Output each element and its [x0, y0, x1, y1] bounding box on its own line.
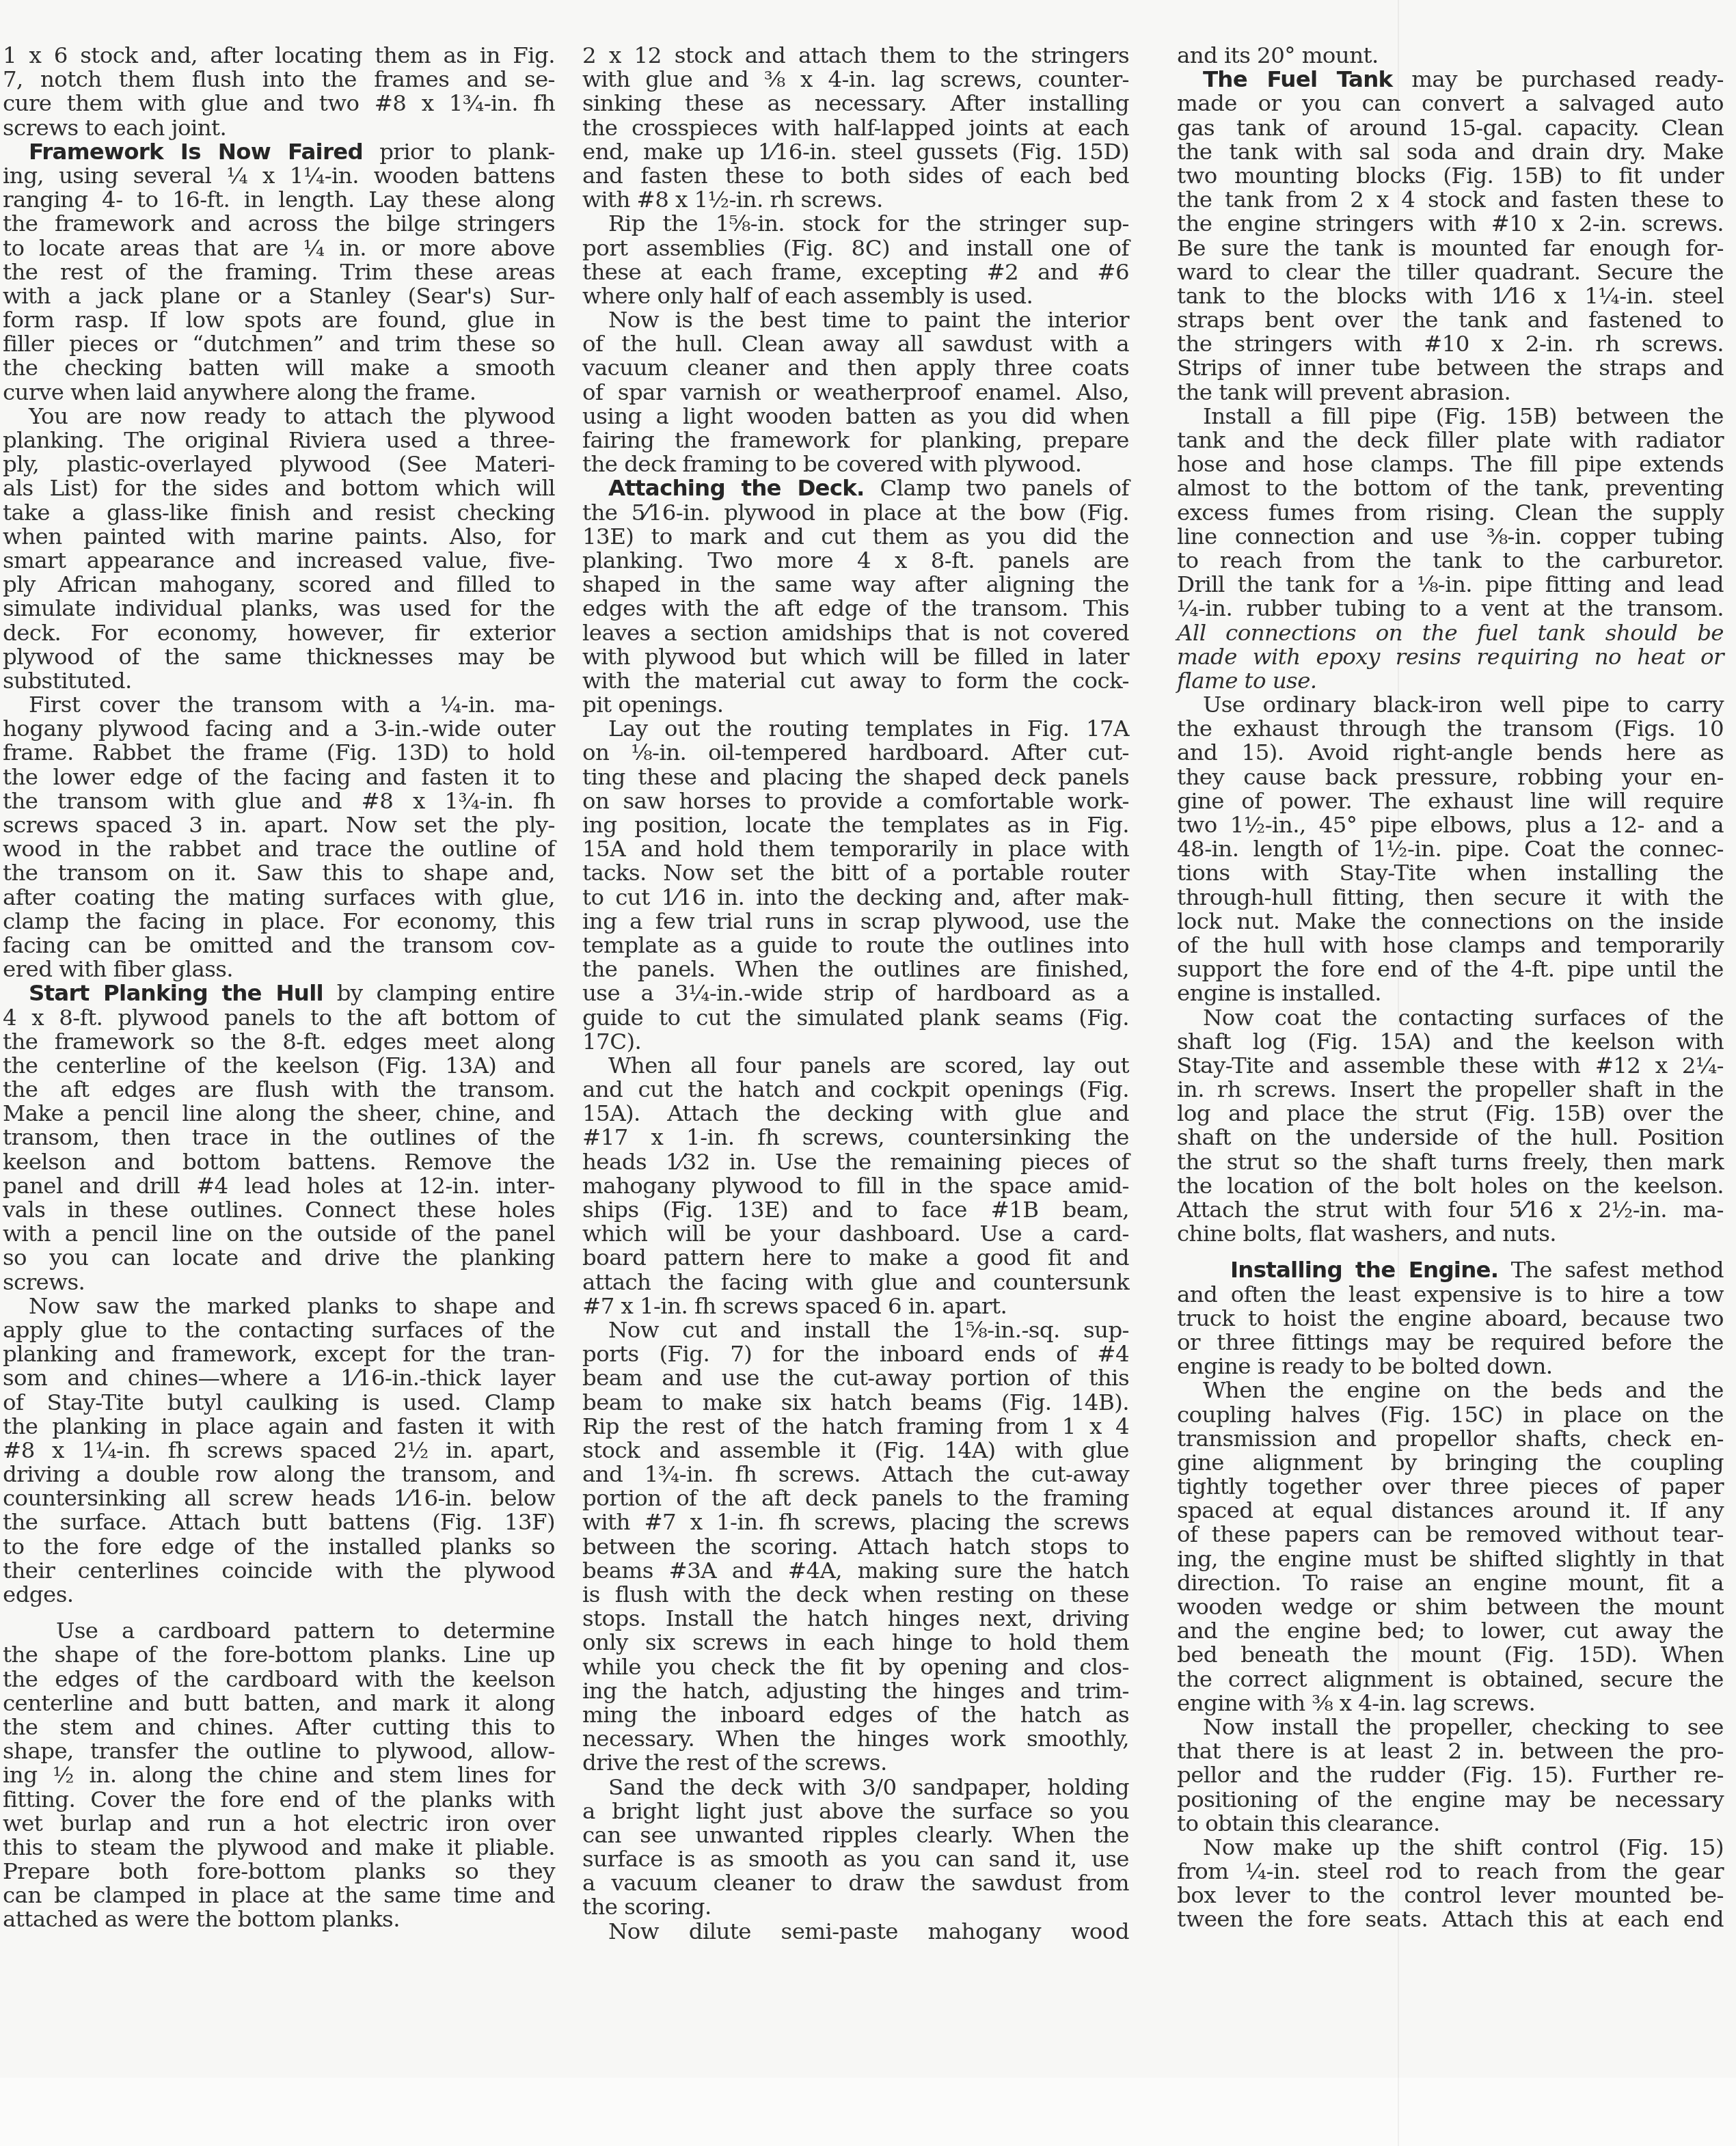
line-text: can see unwanted ripples clearly. When t…: [582, 1822, 1129, 1848]
body-text-line: form rasp. If low spots are found, glue …: [3, 308, 555, 332]
line-text: guide to cut the simulated plank seams (…: [582, 1005, 1129, 1031]
line-text: sinking these as necessary. After instal…: [582, 90, 1129, 116]
line-text: this to steam the plywood and make it pl…: [3, 1834, 555, 1860]
line-text: Sand the deck with 3/0 sandpaper, holdin…: [608, 1774, 1129, 1800]
section-heading: Framework Is Now Faired: [29, 139, 363, 165]
body-text-line: the tank from 2 x 4 stock and fasten the…: [1177, 188, 1724, 212]
body-text-line: ing the hatch, adjusting the hinges and …: [582, 1679, 1129, 1703]
body-text-line: these at each frame, excepting #2 and #6: [582, 260, 1129, 284]
body-text-line: 4 x 8-ft. plywood panels to the aft bott…: [3, 1006, 555, 1030]
body-text-line: the surface. Attach butt battens (Fig. 1…: [3, 1510, 555, 1534]
body-text-line: two mounting blocks (Fig. 15B) to fit un…: [1177, 164, 1724, 188]
line-text: panel and drill #4 lead holes at 12-in. …: [3, 1173, 555, 1199]
body-text-line: ships (Fig. 13E) and to face #1B beam,: [582, 1198, 1129, 1222]
line-text: 1 x 6 stock and, after locating them as …: [3, 42, 555, 68]
line-text: facing can be omitted and the transom co…: [3, 932, 555, 958]
line-text: beams #3A and #4A, making sure the hatch: [582, 1558, 1129, 1584]
body-text-line: fairing the framework for planking, prep…: [582, 429, 1129, 452]
line-text: with #8 x 1½-in. rh screws.: [582, 187, 883, 213]
line-text: truck to hoist the engine aboard, becaus…: [1177, 1305, 1724, 1331]
line-text: the panels. When the outlines are finish…: [582, 956, 1129, 982]
body-text-line: tween the fore seats. Attach this at eac…: [1177, 1907, 1724, 1931]
body-text-line: positioning of the engine may be necessa…: [1177, 1788, 1724, 1812]
line-text: driving a double row along the transom, …: [3, 1461, 555, 1487]
body-text-line: the framework and across the bilge strin…: [3, 212, 555, 236]
line-text: port assemblies (Fig. 8C) and install on…: [582, 235, 1129, 261]
body-text-line: with a pencil line on the outside of the…: [3, 1222, 555, 1246]
body-text-line: keelson and bottom battens. Remove the: [3, 1150, 555, 1174]
body-text-line: the edges of the cardboard with the keel…: [3, 1668, 555, 1692]
line-text: apply glue to the contacting surfaces of…: [3, 1317, 555, 1343]
line-text: ports (Fig. 7) for the inboard ends of #…: [582, 1341, 1129, 1367]
body-text-line: #7 x 1-in. fh screws spaced 6 in. apart.: [582, 1294, 1129, 1318]
body-text-line: screws.: [3, 1271, 555, 1294]
line-text: the tank will prevent abrasion.: [1177, 379, 1510, 405]
body-text-line: edges.: [3, 1583, 555, 1607]
scan-bottom-margin: [0, 2078, 1736, 2146]
body-text-line: shaft log (Fig. 15A) and the keelson wit…: [1177, 1030, 1724, 1054]
section-heading: Start Planking the Hull: [29, 980, 323, 1006]
line-text: 7, notch them flush into the frames and …: [3, 66, 555, 92]
body-text-line: excess fumes from rising. Clean the supp…: [1177, 501, 1724, 525]
body-text-line: and cut the hatch and cockpit openings (…: [582, 1078, 1129, 1102]
body-text-line: Now install the propeller, checking to s…: [1177, 1715, 1724, 1739]
line-text: the centerline of the keelson (Fig. 13A)…: [3, 1052, 555, 1078]
line-text: screws spaced 3 in. apart. Now set the p…: [3, 812, 555, 838]
body-text-line: facing can be omitted and the transom co…: [3, 934, 555, 957]
line-text: the checking batten will make a smooth: [3, 355, 555, 381]
line-text: ing, using several ¼ x 1¼-in. wooden bat…: [3, 163, 555, 189]
line-text: edges with the aft edge of the transom. …: [582, 595, 1129, 621]
body-text-line: shaft on the underside of the hull. Posi…: [1177, 1126, 1724, 1150]
body-text-line: Now is the best time to paint the interi…: [582, 308, 1129, 332]
body-text-line: 15A). Attach the decking with glue and: [582, 1102, 1129, 1126]
line-text: tightly together over three pieces of pa…: [1177, 1473, 1724, 1499]
line-text: the surface. Attach butt battens (Fig. 1…: [3, 1509, 555, 1535]
line-text: Rip the 1⅝-in. stock for the stringer su…: [608, 210, 1129, 236]
body-text-line: drive the rest of the screws.: [582, 1751, 1129, 1775]
line-text: tank to the blocks with 1⁄16 x 1¼-in. st…: [1177, 283, 1724, 309]
line-text: can be clamped in place at the same time…: [3, 1882, 555, 1908]
body-text-line: #8 x 1¼-in. fh screws spaced 2½ in. apar…: [3, 1439, 555, 1463]
line-text: after coating the mating surfaces with g…: [3, 884, 555, 910]
line-text: with glue and ⅜ x 4-in. lag screws, coun…: [582, 66, 1129, 92]
body-text-line: the stringers with #10 x 2-in. rh screws…: [1177, 332, 1724, 356]
line-text: Now is the best time to paint the interi…: [608, 307, 1129, 333]
line-text: box lever to the control lever mounted b…: [1177, 1882, 1724, 1908]
body-text-line: attached as were the bottom planks.: [3, 1907, 555, 1931]
line-text: keelson and bottom battens. Remove the: [3, 1149, 555, 1175]
line-text: filler pieces or “dutchmen” and trim the…: [3, 331, 555, 357]
body-text-line: using a light wooden batten as you did w…: [582, 405, 1129, 429]
line-text: gas tank of around 15-gal. capacity. Cle…: [1177, 115, 1724, 141]
body-text-line: only six screws in each hinge to hold th…: [582, 1631, 1129, 1655]
body-text-line: and fasten these to both sides of each b…: [582, 164, 1129, 188]
line-text: Rip the rest of the hatch framing from 1…: [582, 1413, 1129, 1439]
line-text: and cut the hatch and cockpit openings (…: [582, 1076, 1129, 1102]
line-text: Now dilute semi-paste mahogany wood: [608, 1918, 1129, 1944]
body-text-line: centerline and butt batten, and mark it …: [3, 1692, 555, 1715]
line-text: the tank with sal soda and drain dry. Ma…: [1177, 139, 1724, 165]
line-text: curve when laid anywhere along the frame…: [3, 379, 476, 405]
body-text-line: hogany plywood facing and a 3-in.-wide o…: [3, 717, 555, 741]
body-text-line: When the engine on the beds and the: [1177, 1378, 1724, 1402]
line-text: Prepare both fore-bottom planks so they: [3, 1858, 555, 1884]
body-text-line: so you can locate and drive the planking: [3, 1246, 555, 1270]
body-text-line: the tank will prevent abrasion.: [1177, 381, 1724, 405]
body-text-line: Now saw the marked planks to shape and: [3, 1294, 555, 1318]
line-text: substituted.: [3, 668, 132, 694]
body-text-line: beams #3A and #4A, making sure the hatch: [582, 1559, 1129, 1583]
body-text-line: ered with fiber glass.: [3, 957, 555, 981]
body-text-line: two 1½-in., 45° pipe elbows, plus a 12- …: [1177, 813, 1724, 837]
body-text-line: the planking in place again and fasten i…: [3, 1415, 555, 1439]
line-text: so you can locate and drive the planking: [3, 1245, 555, 1271]
body-text-line: frame. Rabbet the frame (Fig. 13D) to ho…: [3, 741, 555, 765]
line-text: to obtain this clearance.: [1177, 1810, 1440, 1836]
line-text: lock nut. Make the connections on the in…: [1177, 908, 1724, 934]
body-text-line: Now dilute semi-paste mahogany wood: [582, 1920, 1129, 1944]
body-text-line: the checking batten will make a smooth: [3, 356, 555, 380]
line-text: ming the inboard edges of the hatch as: [582, 1702, 1129, 1728]
line-text: and fasten these to both sides of each b…: [582, 163, 1129, 189]
body-text-line: almost to the bottom of the tank, preven…: [1177, 476, 1724, 500]
body-text-line: the lower edge of the facing and fasten …: [3, 765, 555, 789]
line-text: planking and framework, except for the t…: [3, 1341, 555, 1367]
body-text-line: the engine stringers with #10 x 2-in. sc…: [1177, 212, 1724, 236]
body-text-line: with #7 x 1-in. fh screws, placing the s…: [582, 1510, 1129, 1534]
body-text-line: and often the least expensive is to hire…: [1177, 1283, 1724, 1307]
line-text: ing the hatch, adjusting the hinges and …: [582, 1678, 1129, 1704]
line-text: of the hull. Clean away all sawdust with…: [582, 331, 1129, 357]
line-text: 2 x 12 stock and attach them to the stri…: [582, 42, 1129, 68]
line-text: with plywood but which will be filled in…: [582, 644, 1129, 670]
body-text-line: beam to make six hatch beams (Fig. 14B).: [582, 1391, 1129, 1415]
line-text: Use ordinary black-iron well pipe to car…: [1203, 692, 1724, 718]
body-text-line: the panels. When the outlines are finish…: [582, 957, 1129, 981]
body-text-line: when painted with marine paints. Also, f…: [3, 525, 555, 549]
body-text-line: Now make up the shift control (Fig. 15): [1177, 1836, 1724, 1860]
line-text: vacuum cleaner and then apply three coat…: [582, 355, 1129, 381]
body-text-line: tightly together over three pieces of pa…: [1177, 1475, 1724, 1499]
body-text-line: with #8 x 1½-in. rh screws.: [582, 188, 1129, 212]
line-text: screws to each joint.: [3, 115, 226, 141]
body-text-line: the 5⁄16-in. plywood in place at the bow…: [582, 501, 1129, 525]
body-text-line: or three fittings may be required before…: [1177, 1331, 1724, 1355]
body-text-line: of spar varnish or weatherproof enamel. …: [582, 381, 1129, 405]
line-text: 4 x 8-ft. plywood panels to the aft bott…: [3, 1005, 555, 1031]
line-text: First cover the transom with a ¼-in. ma-: [29, 692, 555, 718]
body-text-line: Sand the deck with 3/0 sandpaper, holdin…: [582, 1776, 1129, 1799]
line-text: hogany plywood facing and a 3-in.-wide o…: [3, 716, 555, 742]
body-text-line: ing, the engine must be shifted slightly…: [1177, 1547, 1724, 1571]
body-text-line: wooden wedge or shim between the mount: [1177, 1595, 1724, 1619]
line-text: the exhaust through the transom (Figs. 1…: [1177, 716, 1724, 742]
body-text-line: wood in the rabbet and trace the outline…: [3, 837, 555, 861]
line-text: made or you can convert a salvaged auto: [1177, 90, 1724, 116]
line-text: #17 x 1-in. fh screws, countersinking th…: [582, 1124, 1129, 1150]
body-text-line: ing ½ in. along the chine and stem lines…: [3, 1763, 555, 1787]
body-text-line: tacks. Now set the bitt of a portable ro…: [582, 861, 1129, 885]
body-text-line: with the material cut away to form the c…: [582, 669, 1129, 693]
line-text: The safest method: [1498, 1257, 1724, 1283]
line-text: frame. Rabbet the frame (Fig. 13D) to ho…: [3, 739, 555, 765]
body-text-line: portion of the aft deck panels to the fr…: [582, 1486, 1129, 1510]
body-text-line: shaped in the same way after aligning th…: [582, 573, 1129, 597]
body-text-line: mahogany plywood to fill in the space am…: [582, 1174, 1129, 1198]
body-text-line: planking and framework, except for the t…: [3, 1342, 555, 1366]
body-text-line: chine bolts, flat washers, and nuts.: [1177, 1222, 1724, 1246]
body-text-line: screws to each joint.: [3, 116, 555, 140]
line-text: with a jack plane or a Stanley (Sear's) …: [3, 283, 555, 309]
line-text: edges.: [3, 1581, 74, 1607]
body-text-line: tank to the blocks with 1⁄16 x 1¼-in. st…: [1177, 284, 1724, 308]
body-text-line: 1 x 6 stock and, after locating them as …: [3, 44, 555, 68]
body-text-line: ing a few trial runs in scrap plywood, u…: [582, 910, 1129, 934]
line-text: to the fore edge of the installed planks…: [3, 1534, 555, 1560]
line-text: attached as were the bottom planks.: [3, 1906, 400, 1932]
body-text-line: ¼-in. rubber tubing to a vent at the tra…: [1177, 597, 1724, 621]
body-text-line: lock nut. Make the connections on the in…: [1177, 910, 1724, 934]
body-text-line: to locate areas that are ¼ in. or more a…: [3, 236, 555, 260]
line-text: surface is as smooth as you can sand it,…: [582, 1846, 1129, 1872]
line-text: two mounting blocks (Fig. 15B) to fit un…: [1177, 163, 1724, 189]
line-text: planking. Two more 4 x 8-ft. panels are: [582, 547, 1129, 573]
body-text-line: shape, transfer the outline to plywood, …: [3, 1739, 555, 1763]
line-text: shaft on the underside of the hull. Posi…: [1177, 1124, 1724, 1150]
line-text: beam and use the cut-away portion of thi…: [582, 1365, 1129, 1391]
body-text-line: the framework so the 8-ft. edges meet al…: [3, 1030, 555, 1054]
body-text-line: pellor and the rudder (Fig. 15). Further…: [1177, 1763, 1724, 1787]
body-text-line: 48-in. length of 1½-in. pipe. Coat the c…: [1177, 837, 1724, 861]
body-text-line: is flush with the deck when resting on t…: [582, 1583, 1129, 1607]
body-text-line: Rip the 1⅝-in. stock for the stringer su…: [582, 212, 1129, 236]
body-text-line: 15A and hold them temporarily in place w…: [582, 837, 1129, 861]
line-text: shape, transfer the outline to plywood, …: [3, 1738, 555, 1764]
line-text: leaves a section amidships that is not c…: [582, 620, 1129, 646]
scanned-article-page: 1 x 6 stock and, after locating them as …: [0, 0, 1736, 2146]
line-text: tween the fore seats. Attach this at eac…: [1177, 1906, 1724, 1932]
line-text: deck. For economy, however, fir exterior: [3, 620, 555, 646]
body-text-line: of Stay-Tite butyl caulking is used. Cla…: [3, 1391, 555, 1415]
body-text-line: curve when laid anywhere along the frame…: [3, 381, 555, 405]
body-text-line: panel and drill #4 lead holes at 12-in. …: [3, 1174, 555, 1198]
line-text: ing position, locate the templates as in…: [582, 812, 1129, 838]
line-text: flame to use.: [1177, 668, 1317, 694]
line-text: hose and hose clamps. The fill pipe exte…: [1177, 451, 1724, 477]
line-text: the planking in place again and fasten i…: [3, 1413, 555, 1439]
line-text: tacks. Now set the bitt of a portable ro…: [582, 860, 1129, 886]
line-text: centerline and butt batten, and mark it …: [3, 1690, 555, 1716]
body-text-line: after coating the mating surfaces with g…: [3, 886, 555, 910]
line-text: stops. Install the hatch hinges next, dr…: [582, 1605, 1129, 1631]
line-text: and often the least expensive is to hire…: [1177, 1281, 1724, 1307]
line-text: with a pencil line on the outside of the…: [3, 1221, 555, 1247]
line-text: template as a guide to route the outline…: [582, 932, 1129, 958]
body-text-line: countersinking all screw heads 1⁄16-in. …: [3, 1486, 555, 1510]
body-text-line: leaves a section amidships that is not c…: [582, 621, 1129, 645]
line-text: ing, the engine must be shifted slightly…: [1177, 1546, 1724, 1572]
line-text: ships (Fig. 13E) and to face #1B beam,: [582, 1197, 1129, 1223]
body-text-line: ing position, locate the templates as in…: [582, 813, 1129, 837]
line-text: portion of the aft deck panels to the fr…: [582, 1485, 1129, 1511]
line-text: only six screws in each hinge to hold th…: [582, 1629, 1129, 1655]
body-text-line: while you check the fit by opening and c…: [582, 1655, 1129, 1679]
body-text-line: the stem and chines. After cutting this …: [3, 1715, 555, 1739]
line-text: the transom on it. Saw this to shape and…: [3, 860, 555, 886]
line-text: All connections on the fuel tank should …: [1177, 620, 1724, 646]
line-text: support the fore end of the 4-ft. pipe u…: [1177, 956, 1724, 982]
line-text: on ⅛-in. oil-tempered hardboard. After c…: [582, 739, 1129, 765]
body-text-line: planking. Two more 4 x 8-ft. panels are: [582, 549, 1129, 573]
line-text: tions with Stay-Tite when installing the: [1177, 860, 1724, 886]
line-text: the crosspieces with half-lapped joints …: [582, 115, 1129, 141]
body-text-line: Use ordinary black-iron well pipe to car…: [1177, 693, 1724, 717]
line-text: necessary. When the hinges work smoothly…: [582, 1726, 1129, 1752]
line-text: wooden wedge or shim between the mount: [1177, 1594, 1724, 1620]
line-text: Stay-Tite and assemble these with #12 x …: [1177, 1052, 1724, 1078]
body-text-line: the aft edges are flush with the transom…: [3, 1078, 555, 1102]
line-text: ered with fiber glass.: [3, 956, 233, 982]
line-text: Drill the tank for a ⅛-in. pipe fitting …: [1177, 571, 1724, 597]
line-text: with #7 x 1-in. fh screws, placing the s…: [582, 1509, 1129, 1535]
body-text-line: Attach the strut with four 5⁄16 x 2½-in.…: [1177, 1198, 1724, 1222]
line-text: pit openings.: [582, 692, 723, 718]
body-text-line: in. rh screws. Insert the propeller shaf…: [1177, 1078, 1724, 1102]
body-text-line: Drill the tank for a ⅛-in. pipe fitting …: [1177, 573, 1724, 597]
body-text-line: to reach from the tank to the carburetor…: [1177, 549, 1724, 573]
section-heading-line: Attaching the Deck. Clamp two panels of: [582, 476, 1129, 500]
section-heading-line: The Fuel Tank may be purchased ready-: [1177, 68, 1724, 92]
line-text: in. rh screws. Insert the propeller shaf…: [1177, 1076, 1724, 1102]
body-text-line: fitting. Cover the fore end of the plank…: [3, 1788, 555, 1812]
body-text-line: hose and hose clamps. The fill pipe exte…: [1177, 452, 1724, 476]
body-text-line: made or you can convert a salvaged auto: [1177, 92, 1724, 116]
line-text: to locate areas that are ¼ in. or more a…: [3, 235, 555, 261]
line-text: the deck framing to be covered with plyw…: [582, 451, 1081, 477]
body-text-line: simulate individual planks, was used for…: [3, 597, 555, 621]
body-text-line: Make a pencil line along the sheer, chin…: [3, 1102, 555, 1126]
body-text-line: screws spaced 3 in. apart. Now set the p…: [3, 813, 555, 837]
body-text-line: ranging 4- to 16-ft. in length. Lay thes…: [3, 188, 555, 212]
body-text-line: gine alignment by bringing the coupling: [1177, 1451, 1724, 1475]
line-text: 15A and hold them temporarily in place w…: [582, 836, 1129, 862]
body-text-line: the location of the bolt holes on the ke…: [1177, 1174, 1724, 1198]
line-text: wet burlap and run a hot electric iron o…: [3, 1810, 555, 1836]
body-text-line: to cut 1⁄16 in. into the decking and, af…: [582, 886, 1129, 910]
body-text-line: a bright light just above the surface so…: [582, 1799, 1129, 1823]
body-text-line: log and place the strut (Fig. 15B) over …: [1177, 1102, 1724, 1126]
line-text: line connection and use ⅜-in. copper tub…: [1177, 524, 1724, 549]
line-text: with the material cut away to form the c…: [582, 668, 1129, 694]
line-text: between the scoring. Attach hatch stops …: [582, 1534, 1129, 1560]
body-text-line: to obtain this clearance.: [1177, 1812, 1724, 1836]
body-text-line: plywood of the same thicknesses may be: [3, 645, 555, 669]
line-text: the engine stringers with #10 x 2-in. sc…: [1177, 210, 1724, 236]
line-text: engine is installed.: [1177, 980, 1381, 1006]
line-text: made with epoxy resins requiring no heat…: [1177, 644, 1724, 670]
body-text-line: beam and use the cut-away portion of thi…: [582, 1366, 1129, 1390]
line-text: shaft log (Fig. 15A) and the keelson wit…: [1177, 1029, 1724, 1055]
section-heading-line: Installing the Engine. The safest method: [1177, 1258, 1724, 1282]
body-text-line: #17 x 1-in. fh screws, countersinking th…: [582, 1126, 1129, 1150]
body-text-line: tank and the deck filler plate with radi…: [1177, 429, 1724, 452]
line-text: is flush with the deck when resting on t…: [582, 1581, 1129, 1607]
line-text: tank and the deck filler plate with radi…: [1177, 427, 1724, 453]
line-text: prior to plank-: [363, 139, 555, 165]
line-text: and 1¾-in. fh screws. Attach the cut-awa…: [582, 1461, 1129, 1487]
line-text: two 1½-in., 45° pipe elbows, plus a 12- …: [1177, 812, 1724, 838]
line-text: may be purchased ready-: [1392, 66, 1724, 92]
line-text: mahogany plywood to fill in the space am…: [582, 1173, 1129, 1199]
body-text-line: the exhaust through the transom (Figs. 1…: [1177, 717, 1724, 741]
body-text-line: ward to clear the tiller quadrant. Secur…: [1177, 260, 1724, 284]
body-text-line: template as a guide to route the outline…: [582, 934, 1129, 957]
line-text: engine with ⅜ x 4-in. lag screws.: [1177, 1690, 1535, 1716]
body-text-line: take a glass-like finish and resist chec…: [3, 501, 555, 525]
body-text-line: transmission and propellor shafts, check…: [1177, 1427, 1724, 1451]
line-text: heads 1⁄32 in. Use the remaining pieces …: [582, 1149, 1129, 1175]
body-text-line: which will be your dashboard. Use a card…: [582, 1222, 1129, 1246]
body-text-line: with a jack plane or a Stanley (Sear's) …: [3, 284, 555, 308]
line-text: spaced at equal distances around it. If …: [1177, 1497, 1724, 1523]
body-text-line: port assemblies (Fig. 8C) and install on…: [582, 236, 1129, 260]
body-text-line: stock and assemble it (Fig. 14A) with gl…: [582, 1439, 1129, 1463]
line-text: Lay out the routing templates in Fig. 17…: [608, 716, 1129, 742]
line-text: their centerlines coincide with the plyw…: [3, 1558, 555, 1584]
line-text: Now install the propeller, checking to s…: [1203, 1714, 1724, 1740]
body-text-line: Lay out the routing templates in Fig. 17…: [582, 717, 1129, 741]
line-text: vals in these outlines. Connect these ho…: [3, 1197, 555, 1223]
line-text: and 15). Avoid right-angle bends here as: [1177, 739, 1724, 765]
body-text-line: ting these and placing the shaped deck p…: [582, 765, 1129, 789]
line-text: attach the facing with glue and counters…: [582, 1269, 1129, 1295]
line-text: positioning of the engine may be necessa…: [1177, 1787, 1724, 1812]
body-text-line: direction. To raise an engine mount, fit…: [1177, 1571, 1724, 1595]
line-text: almost to the bottom of the tank, preven…: [1177, 475, 1724, 501]
line-text: ranging 4- to 16-ft. in length. Lay thes…: [3, 187, 555, 213]
body-text-line: Now coat the contacting surfaces of the: [1177, 1006, 1724, 1030]
line-text: Clamp two panels of: [865, 475, 1129, 501]
line-text: You are now ready to attach the plywood: [29, 403, 555, 429]
body-text-line: they cause back pressure, robbing your e…: [1177, 765, 1724, 789]
line-text: pellor and the rudder (Fig. 15). Further…: [1177, 1762, 1724, 1788]
line-text: stock and assemble it (Fig. 14A) with gl…: [582, 1437, 1129, 1463]
line-text: plywood of the same thicknesses may be: [3, 644, 555, 670]
line-text: beam to make six hatch beams (Fig. 14B).: [582, 1389, 1129, 1415]
line-text: gine of power. The exhaust line will req…: [1177, 788, 1724, 814]
line-text: transmission and propellor shafts, check…: [1177, 1426, 1724, 1452]
body-text-line: transom, then trace in the outlines of t…: [3, 1126, 555, 1150]
section-heading-line: Start Planking the Hull by clamping enti…: [3, 981, 555, 1005]
line-text: the rest of the framing. Trim these area…: [3, 259, 555, 285]
line-text: chine bolts, flat washers, and nuts.: [1177, 1221, 1556, 1247]
body-text-line: box lever to the control lever mounted b…: [1177, 1884, 1724, 1907]
body-text-line: between the scoring. Attach hatch stops …: [582, 1535, 1129, 1559]
line-text: and the engine bed; to lower, cut away t…: [1177, 1618, 1724, 1644]
body-text-line: the transom with glue and #8 x 1¾-in. fh: [3, 789, 555, 813]
line-text: 48-in. length of 1½-in. pipe. Coat the c…: [1177, 836, 1724, 862]
body-text-line: ply, plastic-overlayed plywood (See Mate…: [3, 452, 555, 476]
line-text: of spar varnish or weatherproof enamel. …: [582, 379, 1129, 405]
line-text: on saw horses to provide a comfortable w…: [582, 788, 1129, 814]
line-text: use a 3¼-in.-wide strip of hardboard as …: [582, 980, 1129, 1006]
body-text-line: line connection and use ⅜-in. copper tub…: [1177, 525, 1724, 549]
body-text-line: through-hull fitting, then secure it wit…: [1177, 886, 1724, 910]
line-text: smart appearance and increased value, fi…: [3, 547, 555, 573]
line-text: end, make up 1⁄16-in. steel gussets (Fig…: [582, 139, 1129, 165]
body-text-line: gas tank of around 15-gal. capacity. Cle…: [1177, 116, 1724, 140]
